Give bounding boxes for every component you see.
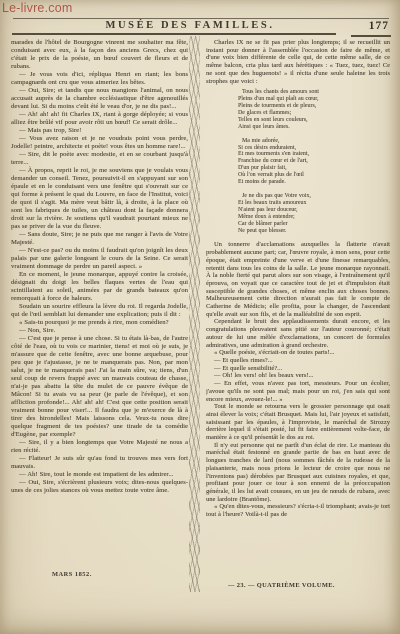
text-line: Telles en sont leurs couleurs, xyxy=(238,117,390,124)
text-line: Un tonnerre d'acclamations auxquelles la… xyxy=(206,241,390,318)
page-number-underline xyxy=(351,35,391,37)
text-line: — Sire, dit le poète avec modestie, et e… xyxy=(11,151,188,167)
right-column: Charles IX ne se fit pas prier plus long… xyxy=(206,39,390,571)
text-line: — Ah! Sire, tout le monde est impatient … xyxy=(11,471,188,479)
text-line: Et moins de parade. xyxy=(238,179,390,186)
text-line: — Mais pas trop, Sire! xyxy=(11,127,188,135)
text-line: Et les beaux traits amoureux xyxy=(238,200,390,207)
poem-stanza-1: Tous les chants des amours sontPleins d'… xyxy=(238,89,390,130)
text-line: « Sais-tu pourquoi je me prends à rire, … xyxy=(11,319,188,327)
scanned-page: Le-livre.com MUSÉE DES FAMILLES. 177 mar… xyxy=(0,0,400,634)
text-line: — Flatteur! Je suis sûr qu'au fond tu tr… xyxy=(11,455,188,471)
header-bottom-rule xyxy=(12,33,336,35)
text-line: D'un pur plaisir fait, xyxy=(238,165,390,172)
text-line: « Quelle poésie, s'écriait-on de toutes … xyxy=(206,349,390,357)
left-column-text: marades de l'hôtel de Bourgogne vinrent … xyxy=(11,39,188,495)
text-line: Il n'y eut personne qui ne partît d'un é… xyxy=(206,442,390,504)
text-line: Où l'on verrait plus de l'œil xyxy=(238,172,390,179)
text-line: De glaces et flammes; xyxy=(238,110,390,117)
text-line: — À propos, reprit le roi, je me souvien… xyxy=(11,167,188,231)
intro-paragraph: Charles IX ne se fit pas prier plus long… xyxy=(206,39,390,85)
text-line: — Oui, Sire, s'écrièrent plusieurs voix;… xyxy=(11,479,188,495)
text-line: — Sans doute, Sire; je ne puis que me ra… xyxy=(11,231,188,247)
text-line: Même doux à entendre; xyxy=(238,214,390,221)
page-number: 177 xyxy=(369,20,389,32)
text-line: — Sire, il y a bien longtemps que Votre … xyxy=(11,439,188,455)
text-line: — Je vous vois d'ici, répliqua Henri en … xyxy=(11,71,188,87)
footer-date: MARS 1852. xyxy=(52,571,92,578)
text-line: En ce moment, le jeune monarque, appuyé … xyxy=(11,271,188,303)
text-line: Soudain un sourire effleura la lèvre du … xyxy=(11,303,188,319)
left-column: marades de l'hôtel de Bourgogne vinrent … xyxy=(11,39,188,571)
text-line: Je ne dis pas que Votre voix, xyxy=(238,193,390,200)
gutter-stitch-marks xyxy=(189,36,200,592)
text-line: — C'est que je pense à une chose. Si tu … xyxy=(11,335,188,439)
text-line: — Et quelle sensibilité?... xyxy=(206,365,390,373)
text-line: N'aient pas leur douceur, xyxy=(238,207,390,214)
text-line: Car de blâmer parler xyxy=(238,221,390,228)
text-line: Ma mie adorée, xyxy=(238,138,390,145)
header-top-rule xyxy=(13,18,389,19)
text-line: marades de l'hôtel de Bourgogne vinrent … xyxy=(11,39,188,71)
text-line: Pleins de tourments et de pleurs, xyxy=(238,103,390,110)
poem-stanza-3: Je ne dis pas que Votre voix,Et les beau… xyxy=(238,193,390,234)
text-line: — Vous avez raison et je ne voudrais poi… xyxy=(11,135,188,151)
right-column-text: Un tonnerre d'acclamations auxquelles la… xyxy=(206,241,390,518)
footer-volume: — 23. — QUATRIÈME VOLUME. xyxy=(228,582,398,589)
text-line: — Et quelles rimes?... xyxy=(206,357,390,365)
text-line: Ne peut que blesser. xyxy=(238,228,390,235)
text-line: Tout le monde se retourna vers le grossi… xyxy=(206,403,390,442)
text-line: — Non, Sire. xyxy=(11,327,188,335)
journal-title: MUSÉE DES FAMILLES. xyxy=(30,20,350,31)
text-line: — Ah! ah! ah! fit Charles IX, riant à go… xyxy=(11,111,188,127)
poem: Tous les chants des amours sontPleins d'… xyxy=(238,89,390,234)
watermark: Le-livre.com xyxy=(2,1,72,15)
text-line: Cependant le bruit des applaudissements … xyxy=(206,318,390,349)
text-line: Tous les chants des amours sont xyxy=(238,89,390,96)
text-line: Pleins d'un mal qui plaît au cœur, xyxy=(238,96,390,103)
text-line: — N'est-ce pas? ou du moins il faudrait … xyxy=(11,247,188,271)
text-line: Si ces désirs enduraient, xyxy=(238,145,390,152)
text-line: « Qu'en dites-vous, messieurs? s'écria-t… xyxy=(206,503,390,518)
text-line: — Oh! les vers! oh! les beaux vers!... xyxy=(206,372,390,380)
poem-stanza-2: Ma mie adorée,Si ces désirs enduraient,E… xyxy=(238,138,390,186)
text-line: — Oui, Sire; et tandis que nous mangions… xyxy=(11,87,188,111)
text-line: Et mes tourments s'en iraient, xyxy=(238,151,390,158)
text-line: — En effet, vous n'avez pas tort, messie… xyxy=(206,380,390,403)
text-line: Ainsi que leurs âmes. xyxy=(238,124,390,131)
